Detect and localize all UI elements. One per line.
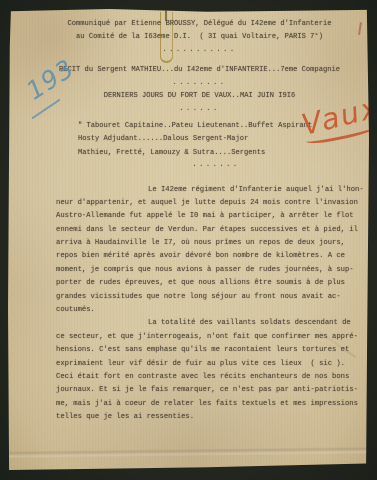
typed-line: repos bien mérité après avoir dévoré bon… (56, 250, 368, 263)
header-comite-line: au Comité de la I63eme D.I. ( 3I quai Vo… (30, 31, 369, 44)
typed-line: arriva à Haudainville le I7, où nous prî… (56, 237, 368, 250)
typed-line: La totalité des vaillants soldats descen… (56, 317, 368, 330)
typed-line: Ceci était fort en contraste avec les ré… (56, 371, 368, 384)
officer-line: Hosty Adjudant......Dalous Sergent-Major (78, 133, 312, 146)
document-body: Le I42eme régiment d'Infanterie auquel j… (56, 184, 368, 425)
header-communique-line: Communiqué par Etienne BROUSSY, Délégué … (30, 18, 369, 31)
typed-line: neur d'appartenir, et auquel je lutte de… (56, 197, 368, 210)
dotted-separator: ...... (30, 103, 369, 116)
typed-line: coutumés. (56, 304, 368, 317)
officer-list: " Tabouret Capitaine..Pateu Lieutenant..… (78, 120, 312, 160)
dotted-separator: ....... (8, 161, 369, 169)
spacer (30, 57, 369, 64)
document-title: DERNIERS JOURS DU FORT DE VAUX..MAI JUIN… (30, 90, 369, 103)
typed-line: ennemi dans le secteur de Verdun. Par ét… (56, 224, 368, 237)
recit-line: RECIT du Sergent MATHIEU...du I42eme d'I… (30, 64, 369, 77)
fold-crease (8, 448, 369, 457)
typed-line: Austro-Allemande fut appelé le I0 mai à … (56, 210, 368, 223)
typed-line: grandes vicissitudes que notre long séjo… (56, 291, 368, 304)
paragraph-1: Le I42eme régiment d'Infanterie auquel j… (56, 184, 368, 318)
typed-line: Le I42eme régiment d'Infanterie auquel j… (56, 184, 368, 197)
vaux-underline (305, 120, 377, 146)
document-page: Communiqué par Etienne BROUSSY, Délégué … (8, 9, 369, 470)
officer-line: " Tabouret Capitaine..Pateu Lieutenant..… (78, 120, 312, 133)
dotted-separator: ........... (30, 44, 369, 57)
typed-line: hensions. C'est sans emphase qu'ils me r… (56, 344, 368, 357)
typed-line: journaux. Et si je le fais remarquer, ce… (56, 384, 368, 397)
typed-line: porter de rudes épreuves, et que nous al… (56, 277, 368, 290)
typed-line: moment, je compris que nous avions à pas… (56, 264, 368, 277)
typed-line: me, mais j'ai à coeur de relater les fai… (56, 398, 368, 411)
typed-line: exprimaient leur vif désir de fuir au pl… (56, 358, 368, 371)
officer-line: Mathieu, Fretté, Lamouzy & Sutra....Serg… (78, 147, 312, 160)
typed-line: telles que je les ai ressenties. (56, 411, 368, 424)
scan-background: Communiqué par Etienne BROUSSY, Délégué … (0, 0, 377, 480)
document-header: Communiqué par Etienne BROUSSY, Délégué … (8, 18, 369, 116)
dotted-separator: ........ (30, 77, 369, 90)
